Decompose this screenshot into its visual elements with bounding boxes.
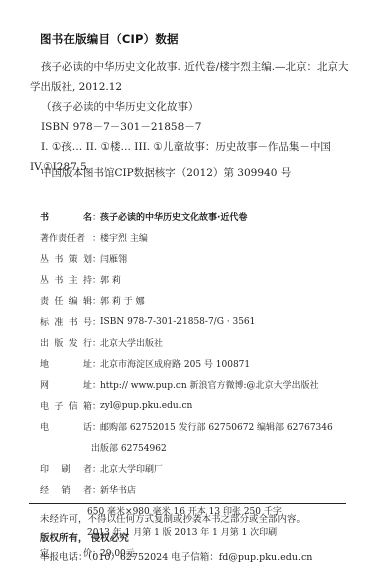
info-value: 出版部 62754962	[40, 441, 360, 454]
info-label: 网址	[40, 378, 92, 391]
info-row: 著作责任者：楼宇烈 主编	[40, 227, 360, 248]
report-contact: 举报电话：（010）62752024 电子信箱：fd@pup.pku.edu.c…	[40, 548, 360, 567]
info-value: ISBN 978-7-301-21858-7/G · 3561	[100, 317, 360, 327]
cip-verification-number: 中国版本图书馆CIP数据核字（2012）第 309940 号	[41, 165, 291, 180]
label-colon: ：	[92, 420, 100, 433]
info-label: 标准书号	[40, 315, 92, 328]
info-row: 丛书主持：郭 莉	[40, 269, 360, 290]
label-colon: ：	[92, 294, 100, 307]
cip-isbn: ISBN 978－7－301－21858－7	[30, 117, 350, 137]
info-label: 经销者	[40, 483, 92, 496]
info-label: 出版发行	[40, 336, 92, 349]
info-label: 书名	[40, 210, 92, 223]
info-row: 出版部 62754962	[40, 437, 360, 458]
reproduction-notice: 未经许可，不得以任何方式复制或抄袭本书之部分或全部内容。	[40, 510, 360, 529]
info-value: 北京市海淀区成府路 205 号 100871	[100, 357, 360, 370]
label-colon: ：	[92, 231, 100, 244]
label-colon: ：	[92, 399, 100, 412]
info-row: 丛书策划：闫雁翎	[40, 248, 360, 269]
rights-reserved: 版权所有， 侵权必究	[40, 529, 360, 548]
info-row: 标准书号：ISBN 978-7-301-21858-7/G · 3561	[40, 311, 360, 332]
info-label: 地址	[40, 357, 92, 370]
info-row: 责任编辑：郭 莉 于 娜	[40, 290, 360, 311]
label-colon: ：	[92, 483, 100, 496]
label-colon: ：	[92, 336, 100, 349]
label-colon: ：	[92, 252, 100, 265]
label-colon: ：	[92, 273, 100, 286]
info-value: 郭 莉	[100, 273, 360, 286]
info-label: 印刷者	[40, 462, 92, 475]
info-label: 电子信箱	[40, 399, 92, 412]
info-value: http:// www.pup.cn 新浪官方微博:@北京大学出版社	[100, 378, 360, 391]
info-row: 印刷者：北京大学印刷厂	[40, 458, 360, 479]
info-row: 地址：北京市海淀区成府路 205 号 100871	[40, 353, 360, 374]
info-row: 电话：邮购部 62752015 发行部 62750672 编辑部 6276734…	[40, 416, 360, 437]
cip-title: 图书在版编目（CIP）数据	[40, 31, 179, 47]
info-label: 责任编辑	[40, 294, 92, 307]
info-value: 闫雁翎	[100, 252, 360, 265]
info-value: 北京大学出版社	[100, 336, 360, 349]
info-label: 丛书策划	[40, 252, 92, 265]
copyright-footer: 未经许可，不得以任何方式复制或抄袭本书之部分或全部内容。 版权所有， 侵权必究 …	[40, 510, 360, 567]
label-colon: ：	[92, 462, 100, 475]
info-row: 书名：孩子必读的中华历史文化故事·近代卷	[40, 206, 360, 227]
info-value: zyl@pup.pku.edu.cn	[100, 401, 360, 411]
info-value: 楼宇烈 主编	[100, 231, 360, 244]
label-colon: ：	[92, 357, 100, 370]
info-value: 邮购部 62752015 发行部 62750672 编辑部 62767346	[100, 420, 360, 433]
label-colon: ：	[92, 210, 100, 223]
divider	[29, 503, 346, 504]
info-value: 郭 莉 于 娜	[100, 294, 360, 307]
label-colon: ：	[92, 315, 100, 328]
info-row: 电子信箱：zyl@pup.pku.edu.cn	[40, 395, 360, 416]
cip-data-block: 孩子必读的中华历史文化故事. 近代卷/楼宇烈主编.—北京：北京大学出版社, 20…	[30, 57, 350, 177]
info-label: 著作责任者	[40, 231, 92, 244]
cip-citation: 孩子必读的中华历史文化故事. 近代卷/楼宇烈主编.—北京：北京大学出版社, 20…	[30, 57, 350, 97]
info-row: 经销者：新华书店	[40, 479, 360, 500]
info-value: 孩子必读的中华历史文化故事·近代卷	[100, 210, 360, 223]
info-label: 丛书主持	[40, 273, 92, 286]
info-label: 电话	[40, 420, 92, 433]
copyright-page: 图书在版编目（CIP）数据 孩子必读的中华历史文化故事. 近代卷/楼宇烈主编.—…	[0, 0, 375, 583]
cip-series: （孩子必读的中华历史文化故事）	[30, 97, 350, 117]
info-value: 北京大学印刷厂	[100, 462, 360, 475]
info-value: 新华书店	[100, 483, 360, 496]
label-colon: ：	[92, 378, 100, 391]
info-row: 出版发行：北京大学出版社	[40, 332, 360, 353]
info-row: 网址：http:// www.pup.cn 新浪官方微博:@北京大学出版社	[40, 374, 360, 395]
